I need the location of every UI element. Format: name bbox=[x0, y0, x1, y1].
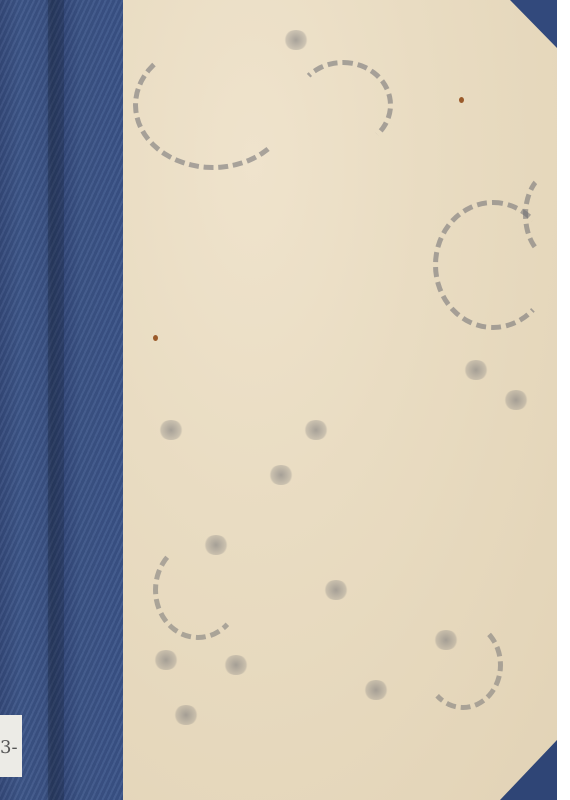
flower-motif bbox=[303, 420, 329, 440]
flower-motif bbox=[463, 360, 489, 380]
flower-motif bbox=[363, 680, 389, 700]
flower-motif bbox=[323, 580, 349, 600]
flower-motif bbox=[268, 465, 294, 485]
flower-motif bbox=[173, 705, 199, 725]
floral-swirl bbox=[153, 540, 243, 640]
shelf-label-text: 3- bbox=[0, 737, 18, 758]
floral-swirl bbox=[133, 40, 293, 170]
flower-motif bbox=[158, 420, 184, 440]
patterned-paper-board bbox=[123, 0, 557, 800]
spine-hinge bbox=[48, 0, 64, 800]
floral-swirl bbox=[423, 620, 503, 710]
foxing-spot bbox=[459, 97, 464, 103]
flower-motif bbox=[153, 650, 179, 670]
flower-motif bbox=[503, 390, 529, 410]
book-cover: 3- bbox=[0, 0, 557, 800]
foxing-spot bbox=[153, 335, 158, 341]
flower-motif bbox=[283, 30, 309, 50]
flower-motif bbox=[223, 655, 249, 675]
floral-swirl bbox=[293, 60, 393, 150]
